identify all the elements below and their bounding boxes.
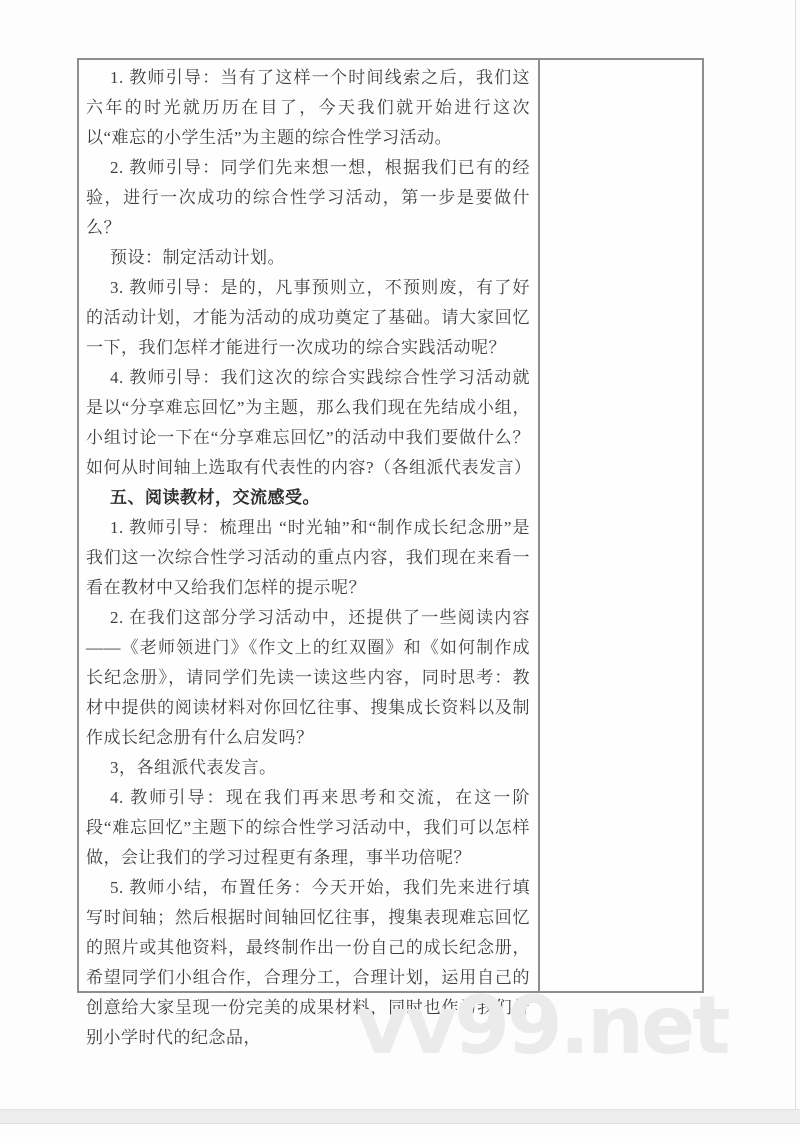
table-content-cell: 1. 教师引导：当有了这样一个时间线索之后，我们这六年的时光就历历在目了，今天我… <box>79 60 540 991</box>
paragraph: 4. 教师引导：我们这次的综合实践综合性学习活动就是以“分享难忘回忆”为主题，那… <box>86 363 530 483</box>
paragraph: 1. 教师引导：梳理出 “时光轴”和“制作成长纪念册”是我们这一次综合性学习活动… <box>86 513 530 603</box>
paragraph: 3，各组派代表发言。 <box>86 753 530 783</box>
lesson-plan-table: 1. 教师引导：当有了这样一个时间线索之后，我们这六年的时光就历历在目了，今天我… <box>77 58 704 993</box>
watermark: vv99.net <box>356 986 727 1066</box>
page-break-gap <box>0 1109 800 1124</box>
page-right-edge <box>795 0 796 1109</box>
paragraph: 1. 教师引导：当有了这样一个时间线索之后，我们这六年的时光就历历在目了，今天我… <box>86 63 530 153</box>
table-empty-cell <box>540 60 702 991</box>
paragraph: 预设：制定活动计划。 <box>86 243 530 273</box>
paragraph: 3. 教师引导：是的，凡事预则立，不预则废，有了好的活动计划，才能为活动的成功奠… <box>86 273 530 363</box>
paragraph: 2. 在我们这部分学习活动中，还提供了一些阅读内容——《老师领进门》《作文上的红… <box>86 603 530 753</box>
next-page-top <box>0 1124 800 1137</box>
paragraph: 2. 教师引导：同学们先来想一想，根据我们已有的经验，进行一次成功的综合性学习活… <box>86 153 530 243</box>
paragraph: 4. 教师引导：现在我们再来思考和交流，在这一阶段“难忘回忆”主题下的综合性学习… <box>86 783 530 873</box>
section-heading: 五、阅读教材，交流感受。 <box>86 483 530 513</box>
document-page: 1. 教师引导：当有了这样一个时间线索之后，我们这六年的时光就历历在目了，今天我… <box>0 0 800 1137</box>
